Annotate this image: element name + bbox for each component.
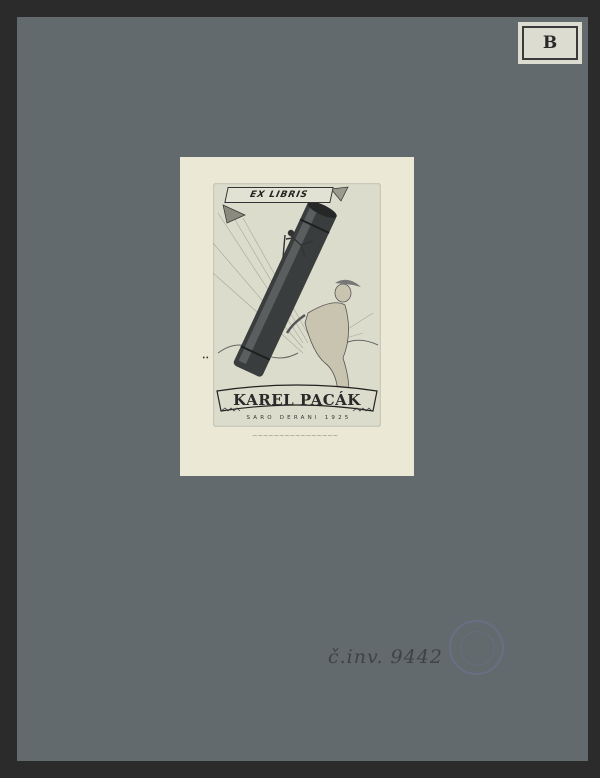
dedication-line: SARO DERANI 1925 xyxy=(225,415,373,425)
corner-label-text: B xyxy=(522,26,578,60)
corner-label: B xyxy=(518,22,582,64)
margin-mark: •• xyxy=(202,355,209,362)
ex-libris-banner: EX LIBRIS xyxy=(224,187,333,203)
museum-stamp-icon xyxy=(449,620,504,675)
owner-name: KAREL PACÁK xyxy=(219,389,375,411)
artist-signature: ~~~~~~~~~~~~~~~~ xyxy=(252,432,344,440)
inventory-number: č.inv. 9442 xyxy=(328,646,443,668)
